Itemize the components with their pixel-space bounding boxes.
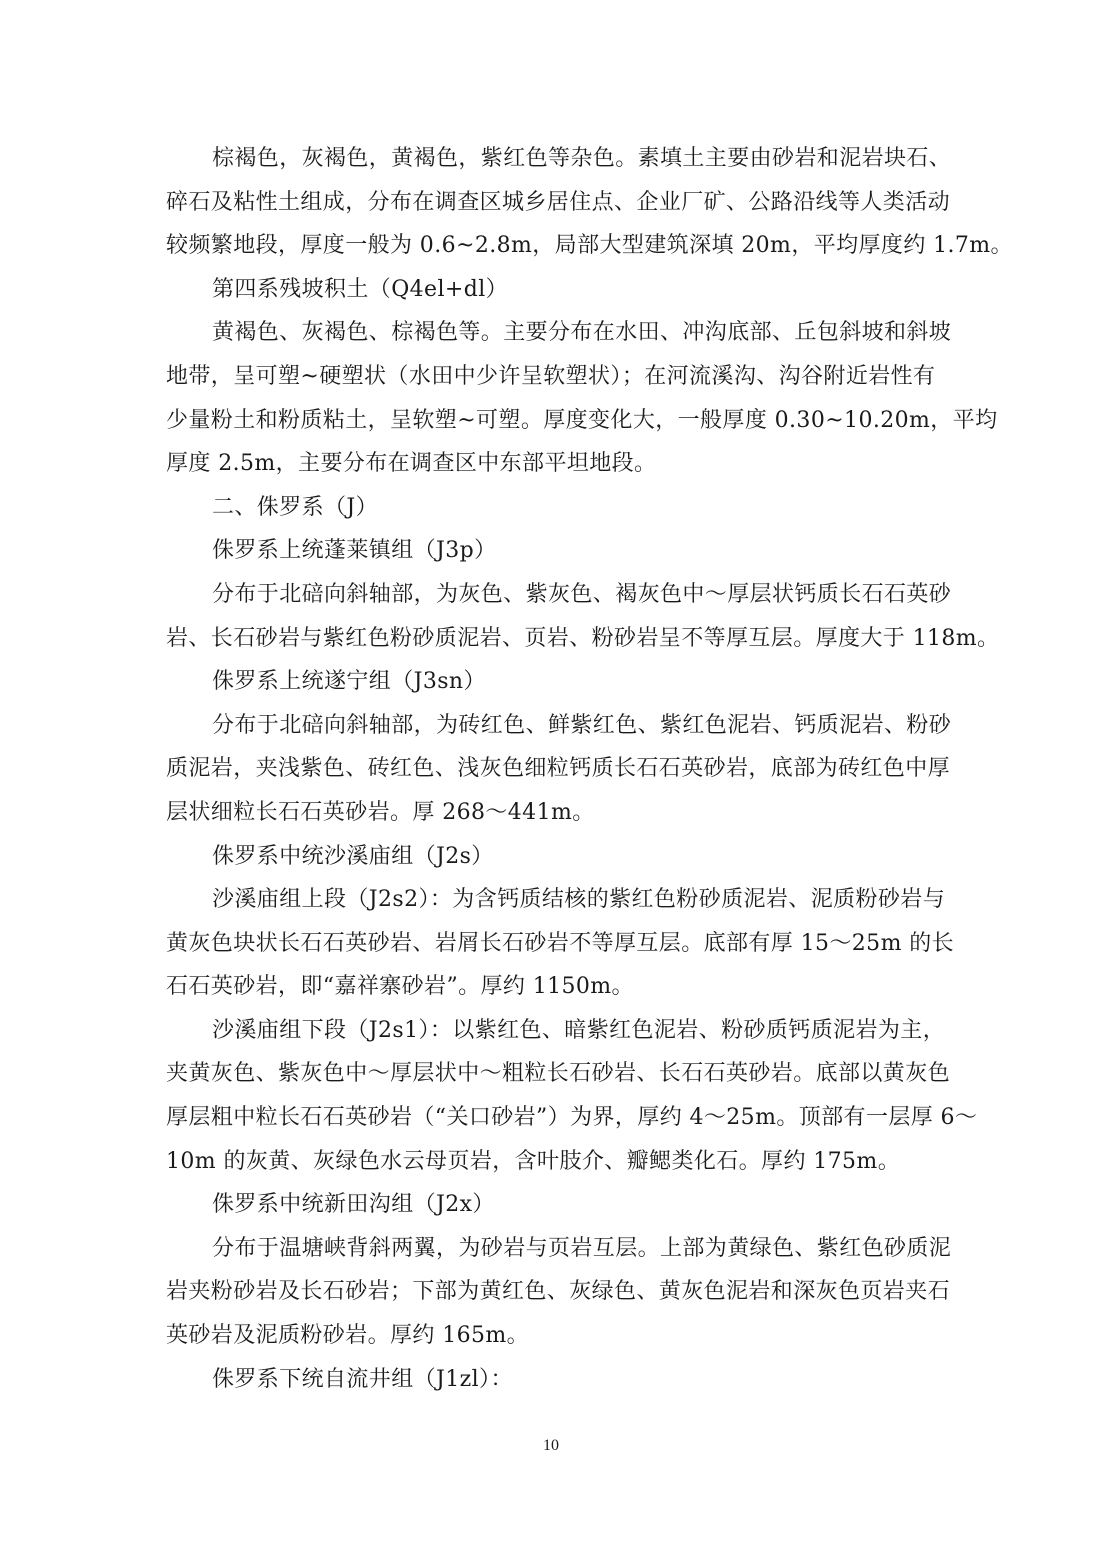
paragraph-line: 夹黄灰色、紫灰色中～厚层状中～粗粒长石砂岩、长石石英砂岩。底部以黄灰色 <box>166 1052 936 1096</box>
document-body: 棕褐色，灰褐色，黄褐色，紫红色等杂色。素填土主要由砂岩和泥岩块石、 碎石及粘性土… <box>166 137 936 1401</box>
paragraph-line: 分布于温塘峡背斜两翼，为砂岩与页岩互层。上部为黄绿色、紫红色砂质泥 <box>166 1227 936 1271</box>
paragraph-line: 黄褐色、灰褐色、棕褐色等。主要分布在水田、冲沟底部、丘包斜坡和斜坡 <box>166 311 936 355</box>
paragraph-line: 地带，呈可塑~硬塑状（水田中少许呈软塑状）；在河流溪沟、沟谷附近岩性有 <box>166 355 936 399</box>
section-heading-j3p: 侏罗系上统蓬莱镇组（J3p） <box>166 529 936 573</box>
section-heading-j2s: 侏罗系中统沙溪庙组（J2s） <box>166 835 936 879</box>
page-number: 10 <box>0 1437 1102 1455</box>
paragraph-line: 岩夹粉砂岩及长石砂岩；下部为黄红色、灰绿色、黄灰色泥岩和深灰色页岩夹石 <box>166 1270 936 1314</box>
section-heading-j1zl: 侏罗系下统自流井组（J1zl）： <box>166 1358 936 1402</box>
paragraph-line: 10m 的灰黄、灰绿色水云母页岩，含叶肢介、瓣鳃类化石。厚约 175m。 <box>166 1140 936 1184</box>
paragraph-line: 质泥岩，夹浅紫色、砖红色、浅灰色细粒钙质长石石英砂岩，底部为砖红色中厚 <box>166 747 936 791</box>
section-heading-j3sn: 侏罗系上统遂宁组（J3sn） <box>166 660 936 704</box>
paragraph-line: 分布于北碚向斜轴部，为灰色、紫灰色、褐灰色中～厚层状钙质长石石英砂 <box>166 573 936 617</box>
paragraph-line: 黄灰色块状长石石英砂岩、岩屑长石砂岩不等厚互层。底部有厚 15～25m 的长 <box>166 922 936 966</box>
paragraph-line: 分布于北碚向斜轴部，为砖红色、鲜紫红色、紫红色泥岩、钙质泥岩、粉砂 <box>166 704 936 748</box>
paragraph-line: 少量粉土和粉质粘土，呈软塑~可塑。厚度变化大，一般厚度 0.30~10.20m，… <box>166 399 936 443</box>
paragraph-line: 岩、长石砂岩与紫红色粉砂质泥岩、页岩、粉砂岩呈不等厚互层。厚度大于 118m。 <box>166 617 936 661</box>
paragraph-line: 棕褐色，灰褐色，黄褐色，紫红色等杂色。素填土主要由砂岩和泥岩块石、 <box>166 137 936 181</box>
paragraph-line: 英砂岩及泥质粉砂岩。厚约 165m。 <box>166 1314 936 1358</box>
paragraph-line: 沙溪庙组上段（J2s2）：为含钙质结核的紫红色粉砂质泥岩、泥质粉砂岩与 <box>166 878 936 922</box>
paragraph-line: 较频繁地段，厚度一般为 0.6~2.8m，局部大型建筑深填 20m，平均厚度约 … <box>166 224 936 268</box>
paragraph-line: 厚度 2.5m，主要分布在调查区中东部平坦地段。 <box>166 442 936 486</box>
paragraph-line: 石石英砂岩，即“嘉祥寨砂岩”。厚约 1150m。 <box>166 965 936 1009</box>
paragraph-line: 厚层粗中粒长石石英砂岩（“关口砂岩”）为界，厚约 4～25m。顶部有一层厚 6～ <box>166 1096 936 1140</box>
section-heading-j2x: 侏罗系中统新田沟组（J2x） <box>166 1183 936 1227</box>
section-heading-jurassic: 二、侏罗系（J） <box>166 486 936 530</box>
paragraph-line: 层状细粒长石石英砂岩。厚 268～441m。 <box>166 791 936 835</box>
section-heading-q4el-dl: 第四系残坡积土（Q4el+dl） <box>166 268 936 312</box>
paragraph-line: 碎石及粘性土组成，分布在调查区城乡居住点、企业厂矿、公路沿线等人类活动 <box>166 181 936 225</box>
paragraph-line: 沙溪庙组下段（J2s1）：以紫红色、暗紫红色泥岩、粉砂质钙质泥岩为主， <box>166 1009 936 1053</box>
